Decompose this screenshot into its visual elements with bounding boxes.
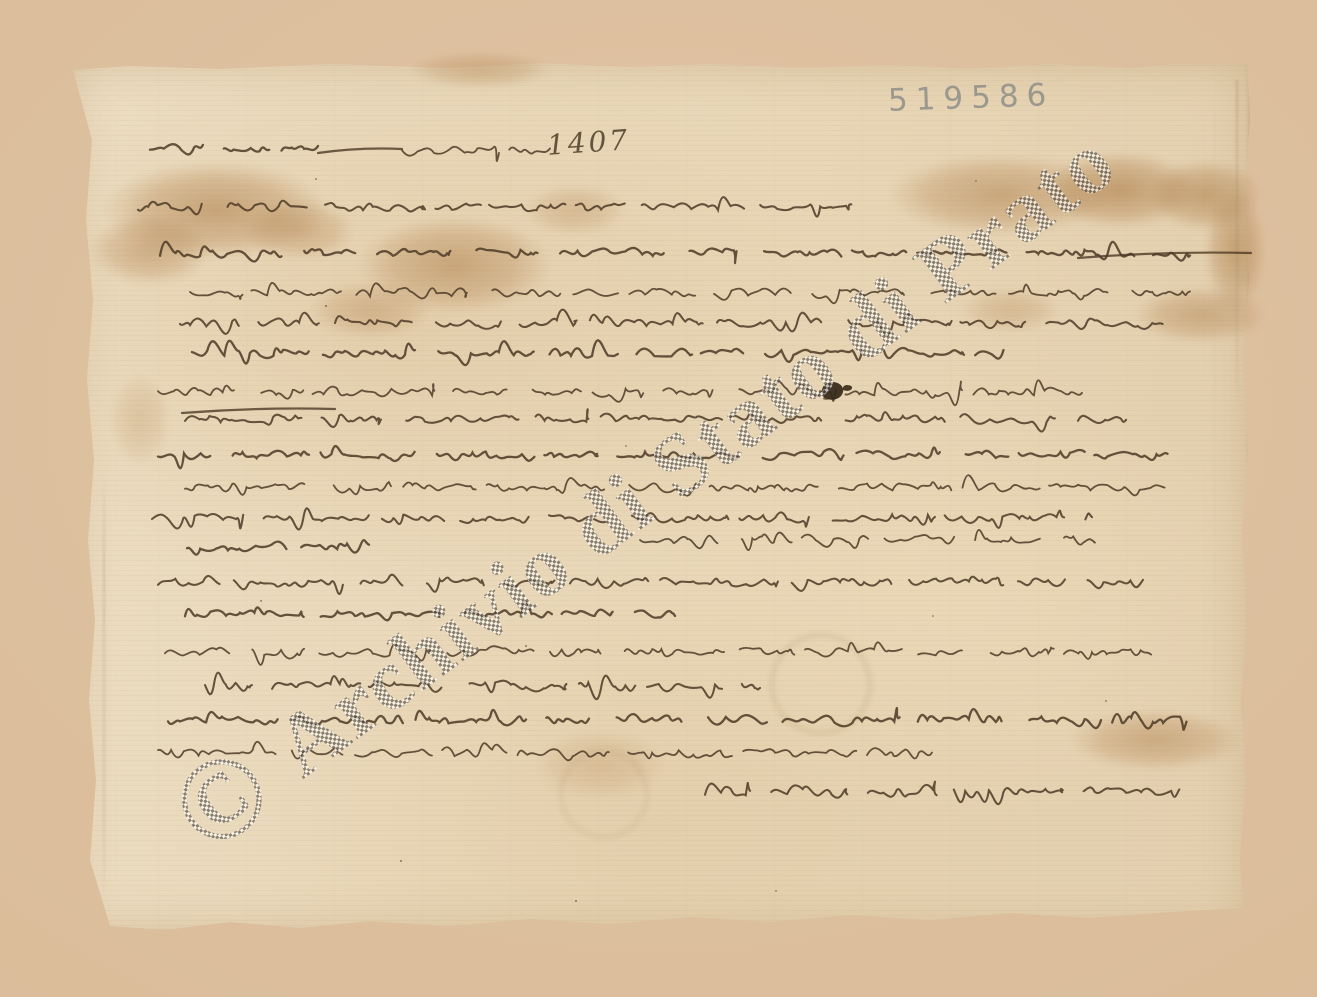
watermark-layer: © Archivio di Stato di Prato [0, 0, 1317, 997]
manuscript-scan: 1407 519586 © Archivio di Stato di Prato [0, 0, 1317, 997]
copyright-watermark-text: © Archivio di Stato di Prato [146, 94, 1140, 877]
